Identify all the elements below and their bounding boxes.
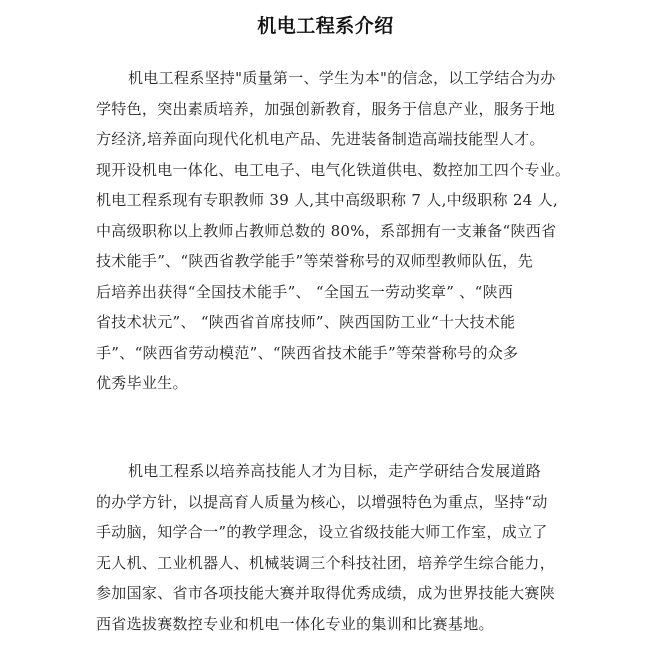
paragraph-line: 方经济,培养面向现代化机电产品、先进装备制造高端技能型人才。	[96, 124, 566, 155]
paragraph-line: 的办学方针，以提高育人质量为核心，以增强特色为重点，坚持“动	[96, 487, 566, 518]
paragraph-line: 手动脑，知学合一”的教学理念，设立省级技能大师工作室，成立了	[96, 517, 566, 548]
paragraph-line: 优秀毕业生。	[96, 368, 566, 399]
paragraph-line: 机电工程系坚持"质量第一、学生为本"的信念，以工学结合为办	[96, 63, 566, 94]
paragraph-line: 手”、“陕西省劳动模范”、“陕西省技术能手”等荣誉称号的众多	[96, 338, 566, 369]
paragraph-line: 中高级职称以上教师占教师总数的 80%，系部拥有一支兼备“陕西省	[96, 216, 566, 247]
paragraph-line: 省技术状元”、 “陕西省首席技师”、陕西国防工业“十大技术能	[96, 307, 566, 338]
paragraph-line: 机电工程系以培养高技能人才为目标，走产学研结合发展道路	[96, 456, 566, 487]
paragraph-line: 技术能手”、“陕西省教学能手”等荣誉称号的双师型教师队伍，先	[96, 246, 566, 277]
paragraph-line: 无人机、工业机器人、机械装调三个科技社团，培养学生综合能力，	[96, 548, 566, 579]
paragraph-introduction: 机电工程系坚持"质量第一、学生为本"的信念，以工学结合为办 学特色，突出素质培养…	[96, 63, 566, 399]
paragraph-line: 现开设机电一体化、电工电子、电气化铁道供电、数控加工四个专业。	[96, 155, 566, 186]
document-title: 机电工程系介绍	[0, 12, 651, 40]
paragraph-line: 学特色，突出素质培养，加强创新教育，服务于信息产业，服务于地	[96, 94, 566, 125]
document-page: 机电工程系介绍 机电工程系坚持"质量第一、学生为本"的信念，以工学结合为办 学特…	[0, 0, 651, 669]
paragraph-line: 机电工程系现有专职教师 39 人,其中高级职称 7 人,中级职称 24 人,	[96, 185, 566, 216]
paragraph-training-goals: 机电工程系以培养高技能人才为目标，走产学研结合发展道路 的办学方针，以提高育人质…	[96, 456, 566, 639]
paragraph-line: 西省选拔赛数控专业和机电一体化专业的集训和比赛基地。	[96, 609, 566, 640]
paragraph-line: 后培养出获得“全国技术能手”、 “全国五一劳动奖章” 、“陕西	[96, 277, 566, 308]
paragraph-line: 参加国家、省市各项技能大赛并取得优秀成绩，成为世界技能大赛陕	[96, 578, 566, 609]
